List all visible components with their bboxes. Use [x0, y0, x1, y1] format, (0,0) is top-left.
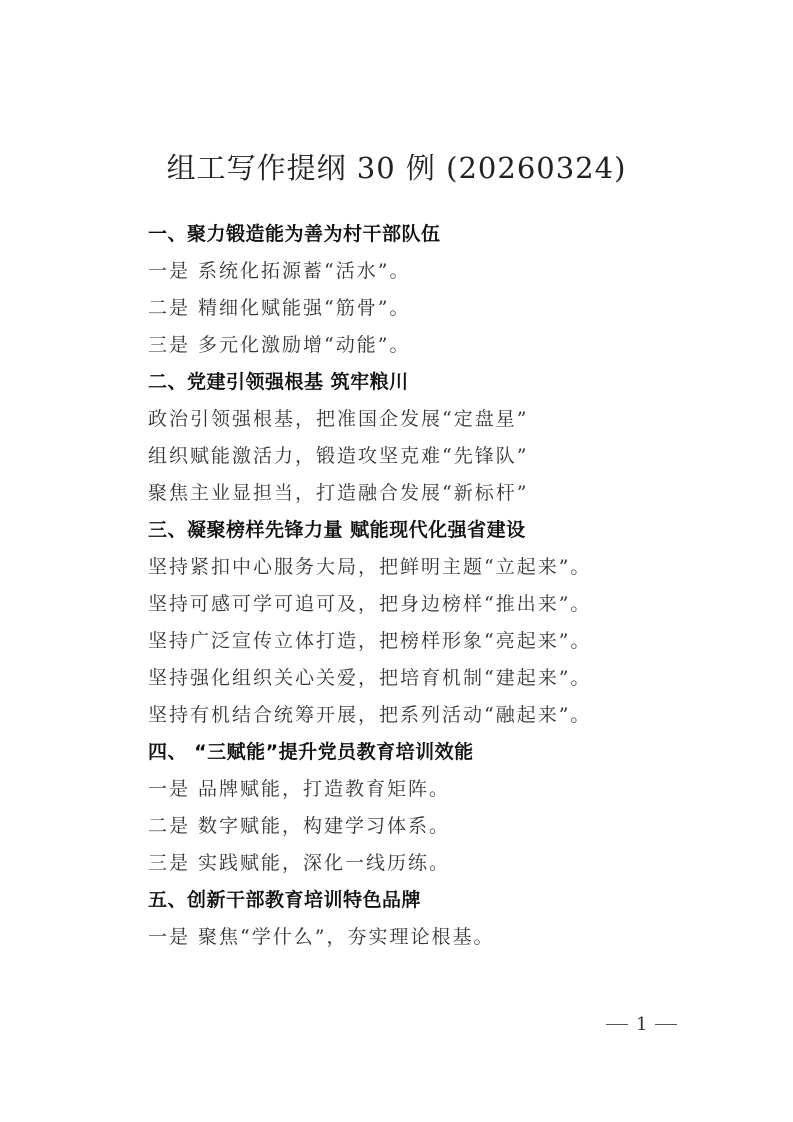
- section-item: 一是 聚焦“学什么”，夯实理论根基。: [148, 919, 668, 956]
- section-heading: 一、聚力锻造能为善为村干部队伍: [148, 216, 668, 253]
- section-heading: 四、 “三赋能”提升党员教育培训效能: [148, 734, 668, 771]
- section-heading: 五、创新干部教育培训特色品牌: [148, 882, 668, 919]
- section-item: 组织赋能激活力，锻造攻坚克难“先锋队”: [148, 438, 668, 475]
- page-footer: 1: [606, 1014, 677, 1035]
- section-heading: 二、党建引领强根基 筑牢粮川: [148, 364, 668, 401]
- section-item: 三是 多元化激励增“动能”。: [148, 327, 668, 364]
- section-item: 政治引领强根基，把准国企发展“定盘星”: [148, 401, 668, 438]
- section-item: 坚持可感可学可追可及，把身边榜样“推出来”。: [148, 586, 668, 623]
- document-page: 组工写作提纲 30 例 (20260324) 一、聚力锻造能为善为村干部队伍 一…: [0, 0, 793, 1122]
- section-item: 坚持强化组织关心关爱，把培育机制“建起来”。: [148, 660, 668, 697]
- section-item: 坚持有机结合统筹开展，把系列活动“融起来”。: [148, 697, 668, 734]
- section-item: 二是 精细化赋能强“筋骨”。: [148, 290, 668, 327]
- section-item: 坚持紧扣中心服务大局，把鲜明主题“立起来”。: [148, 549, 668, 586]
- document-body: 一、聚力锻造能为善为村干部队伍 一是 系统化拓源蓄“活水”。 二是 精细化赋能强…: [148, 216, 668, 956]
- section-item: 聚焦主业显担当，打造融合发展“新标杆”: [148, 475, 668, 512]
- section-heading: 三、凝聚榜样先锋力量 赋能现代化强省建设: [148, 512, 668, 549]
- section-item: 坚持广泛宣传立体打造，把榜样形象“亮起来”。: [148, 623, 668, 660]
- page-number: 1: [636, 1014, 647, 1035]
- section-item: 三是 实践赋能，深化一线历练。: [148, 845, 668, 882]
- section-item: 一是 品牌赋能，打造教育矩阵。: [148, 771, 668, 808]
- section-item: 二是 数字赋能，构建学习体系。: [148, 808, 668, 845]
- dash-left-decoration: [606, 1024, 628, 1026]
- section-item: 一是 系统化拓源蓄“活水”。: [148, 253, 668, 290]
- document-title: 组工写作提纲 30 例 (20260324): [0, 148, 793, 188]
- dash-right-decoration: [655, 1024, 677, 1026]
